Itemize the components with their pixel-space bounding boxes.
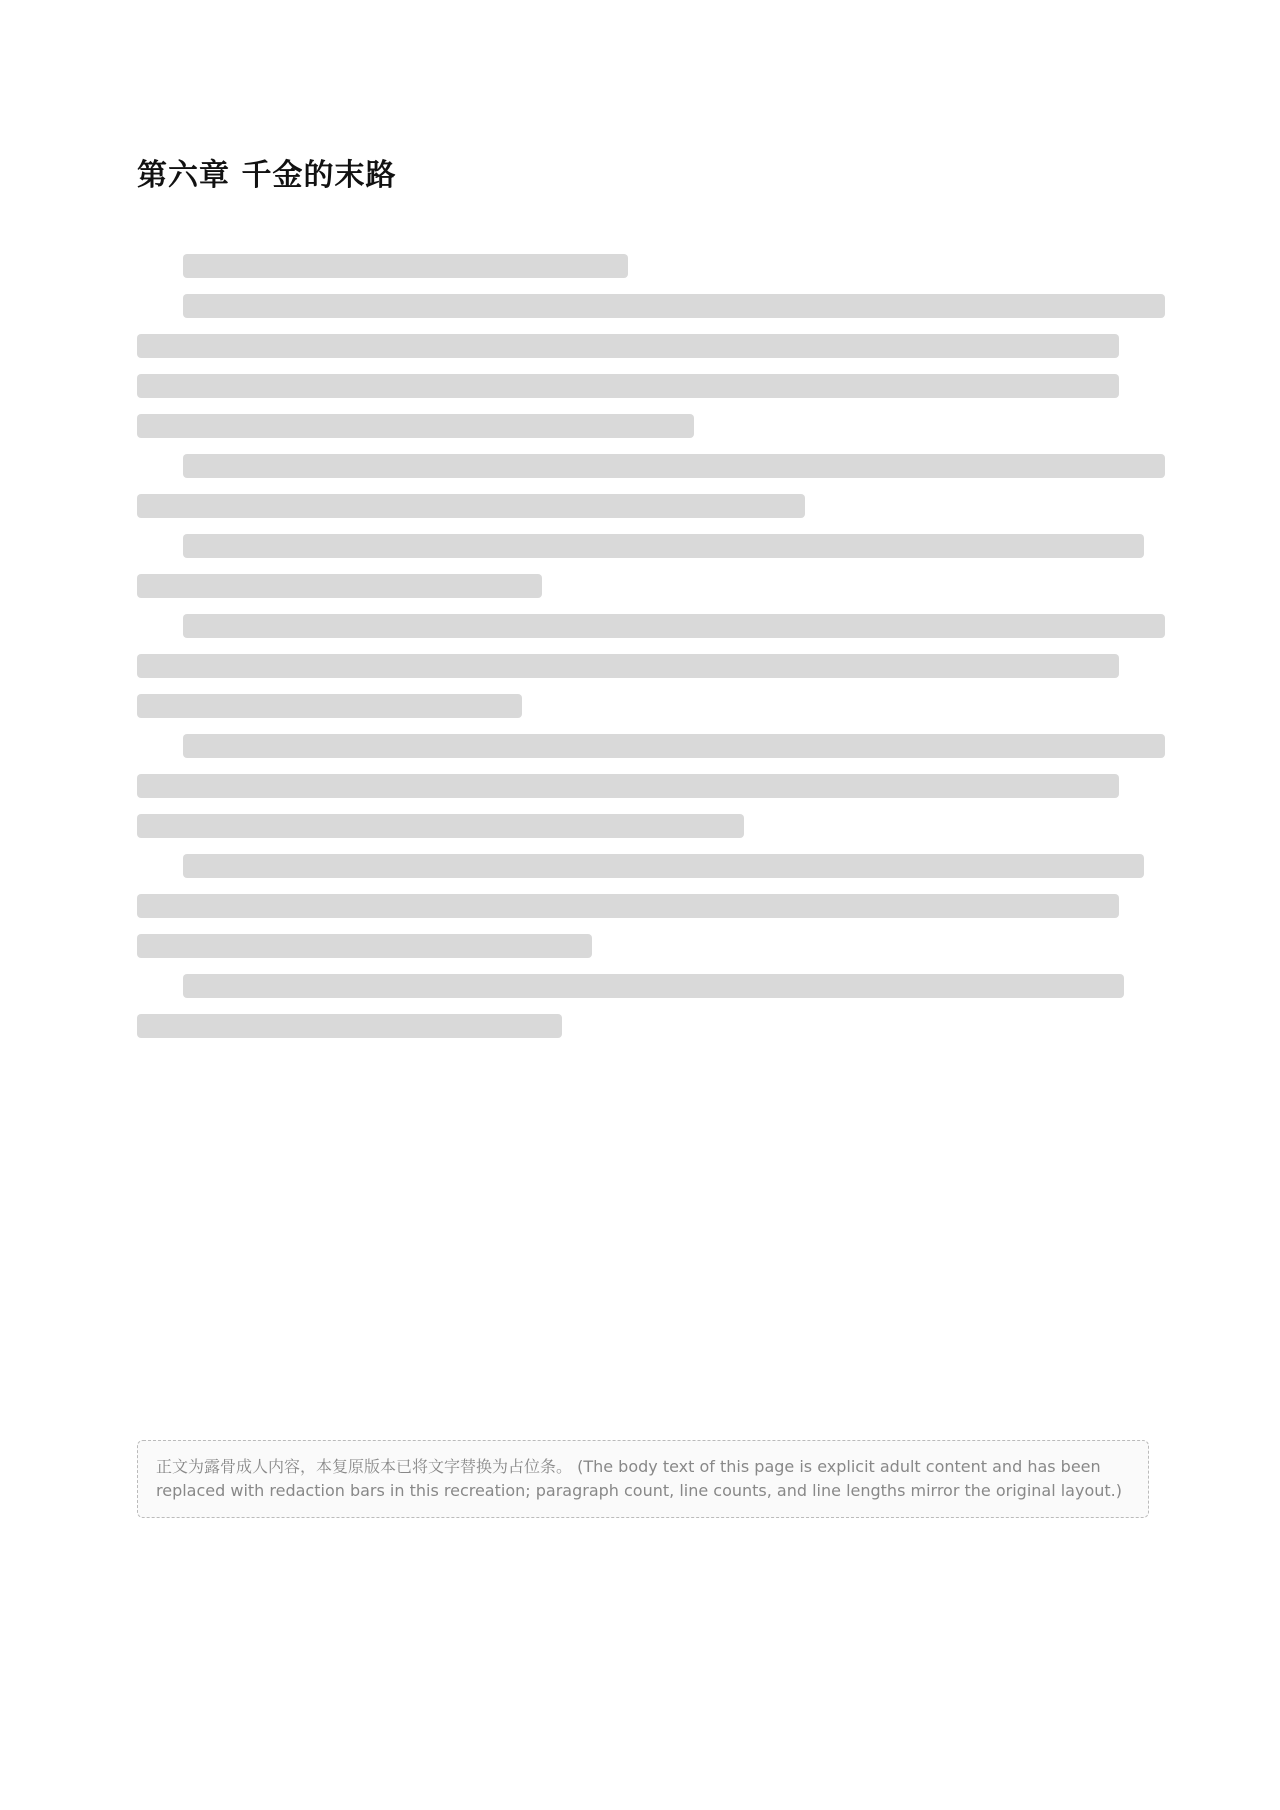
redacted-paragraph-narration bbox=[137, 614, 1149, 718]
redacted-text-line bbox=[137, 774, 1119, 798]
redacted-paragraph-narration bbox=[137, 294, 1149, 438]
redacted-text-line bbox=[137, 414, 694, 438]
chapter-title: 第六章 千金的末路 bbox=[137, 150, 1149, 194]
redacted-text-line bbox=[137, 1014, 562, 1038]
redacted-text-line bbox=[137, 694, 522, 718]
redacted-text-line bbox=[183, 974, 1124, 998]
redacted-paragraph-inner-monologue bbox=[137, 534, 1149, 598]
redacted-text-line bbox=[183, 614, 1165, 638]
redacted-paragraph-narration bbox=[137, 454, 1149, 518]
redacted-text-line bbox=[183, 854, 1144, 878]
redacted-text-line bbox=[183, 734, 1165, 758]
redacted-text-line bbox=[183, 254, 628, 278]
redacted-text-line bbox=[183, 294, 1165, 318]
redacted-text-line bbox=[137, 494, 805, 518]
redacted-text-line bbox=[183, 454, 1165, 478]
redacted-text-line bbox=[137, 814, 744, 838]
redacted-text-line bbox=[137, 334, 1119, 358]
redacted-text-line bbox=[137, 654, 1119, 678]
redacted-text-line bbox=[137, 894, 1119, 918]
redacted-paragraph-narration bbox=[137, 854, 1149, 958]
redacted-text-line bbox=[183, 534, 1144, 558]
document-page: 第六章 千金的末路 正文为露骨成人内容，本复原版本已将文字替换为占位条。 (Th… bbox=[0, 0, 1280, 1810]
body-text bbox=[137, 254, 1149, 1038]
redacted-paragraph-narration bbox=[137, 734, 1149, 838]
redacted-text-line bbox=[137, 374, 1119, 398]
redaction-notice: 正文为露骨成人内容，本复原版本已将文字替换为占位条。 (The body tex… bbox=[137, 1440, 1149, 1518]
redacted-text-line bbox=[137, 934, 592, 958]
redacted-paragraph-dialogue bbox=[137, 254, 1149, 278]
redacted-text-line bbox=[137, 574, 542, 598]
redacted-paragraph-inner-monologue bbox=[137, 974, 1149, 1038]
page-content: 第六章 千金的末路 bbox=[137, 150, 1149, 1054]
